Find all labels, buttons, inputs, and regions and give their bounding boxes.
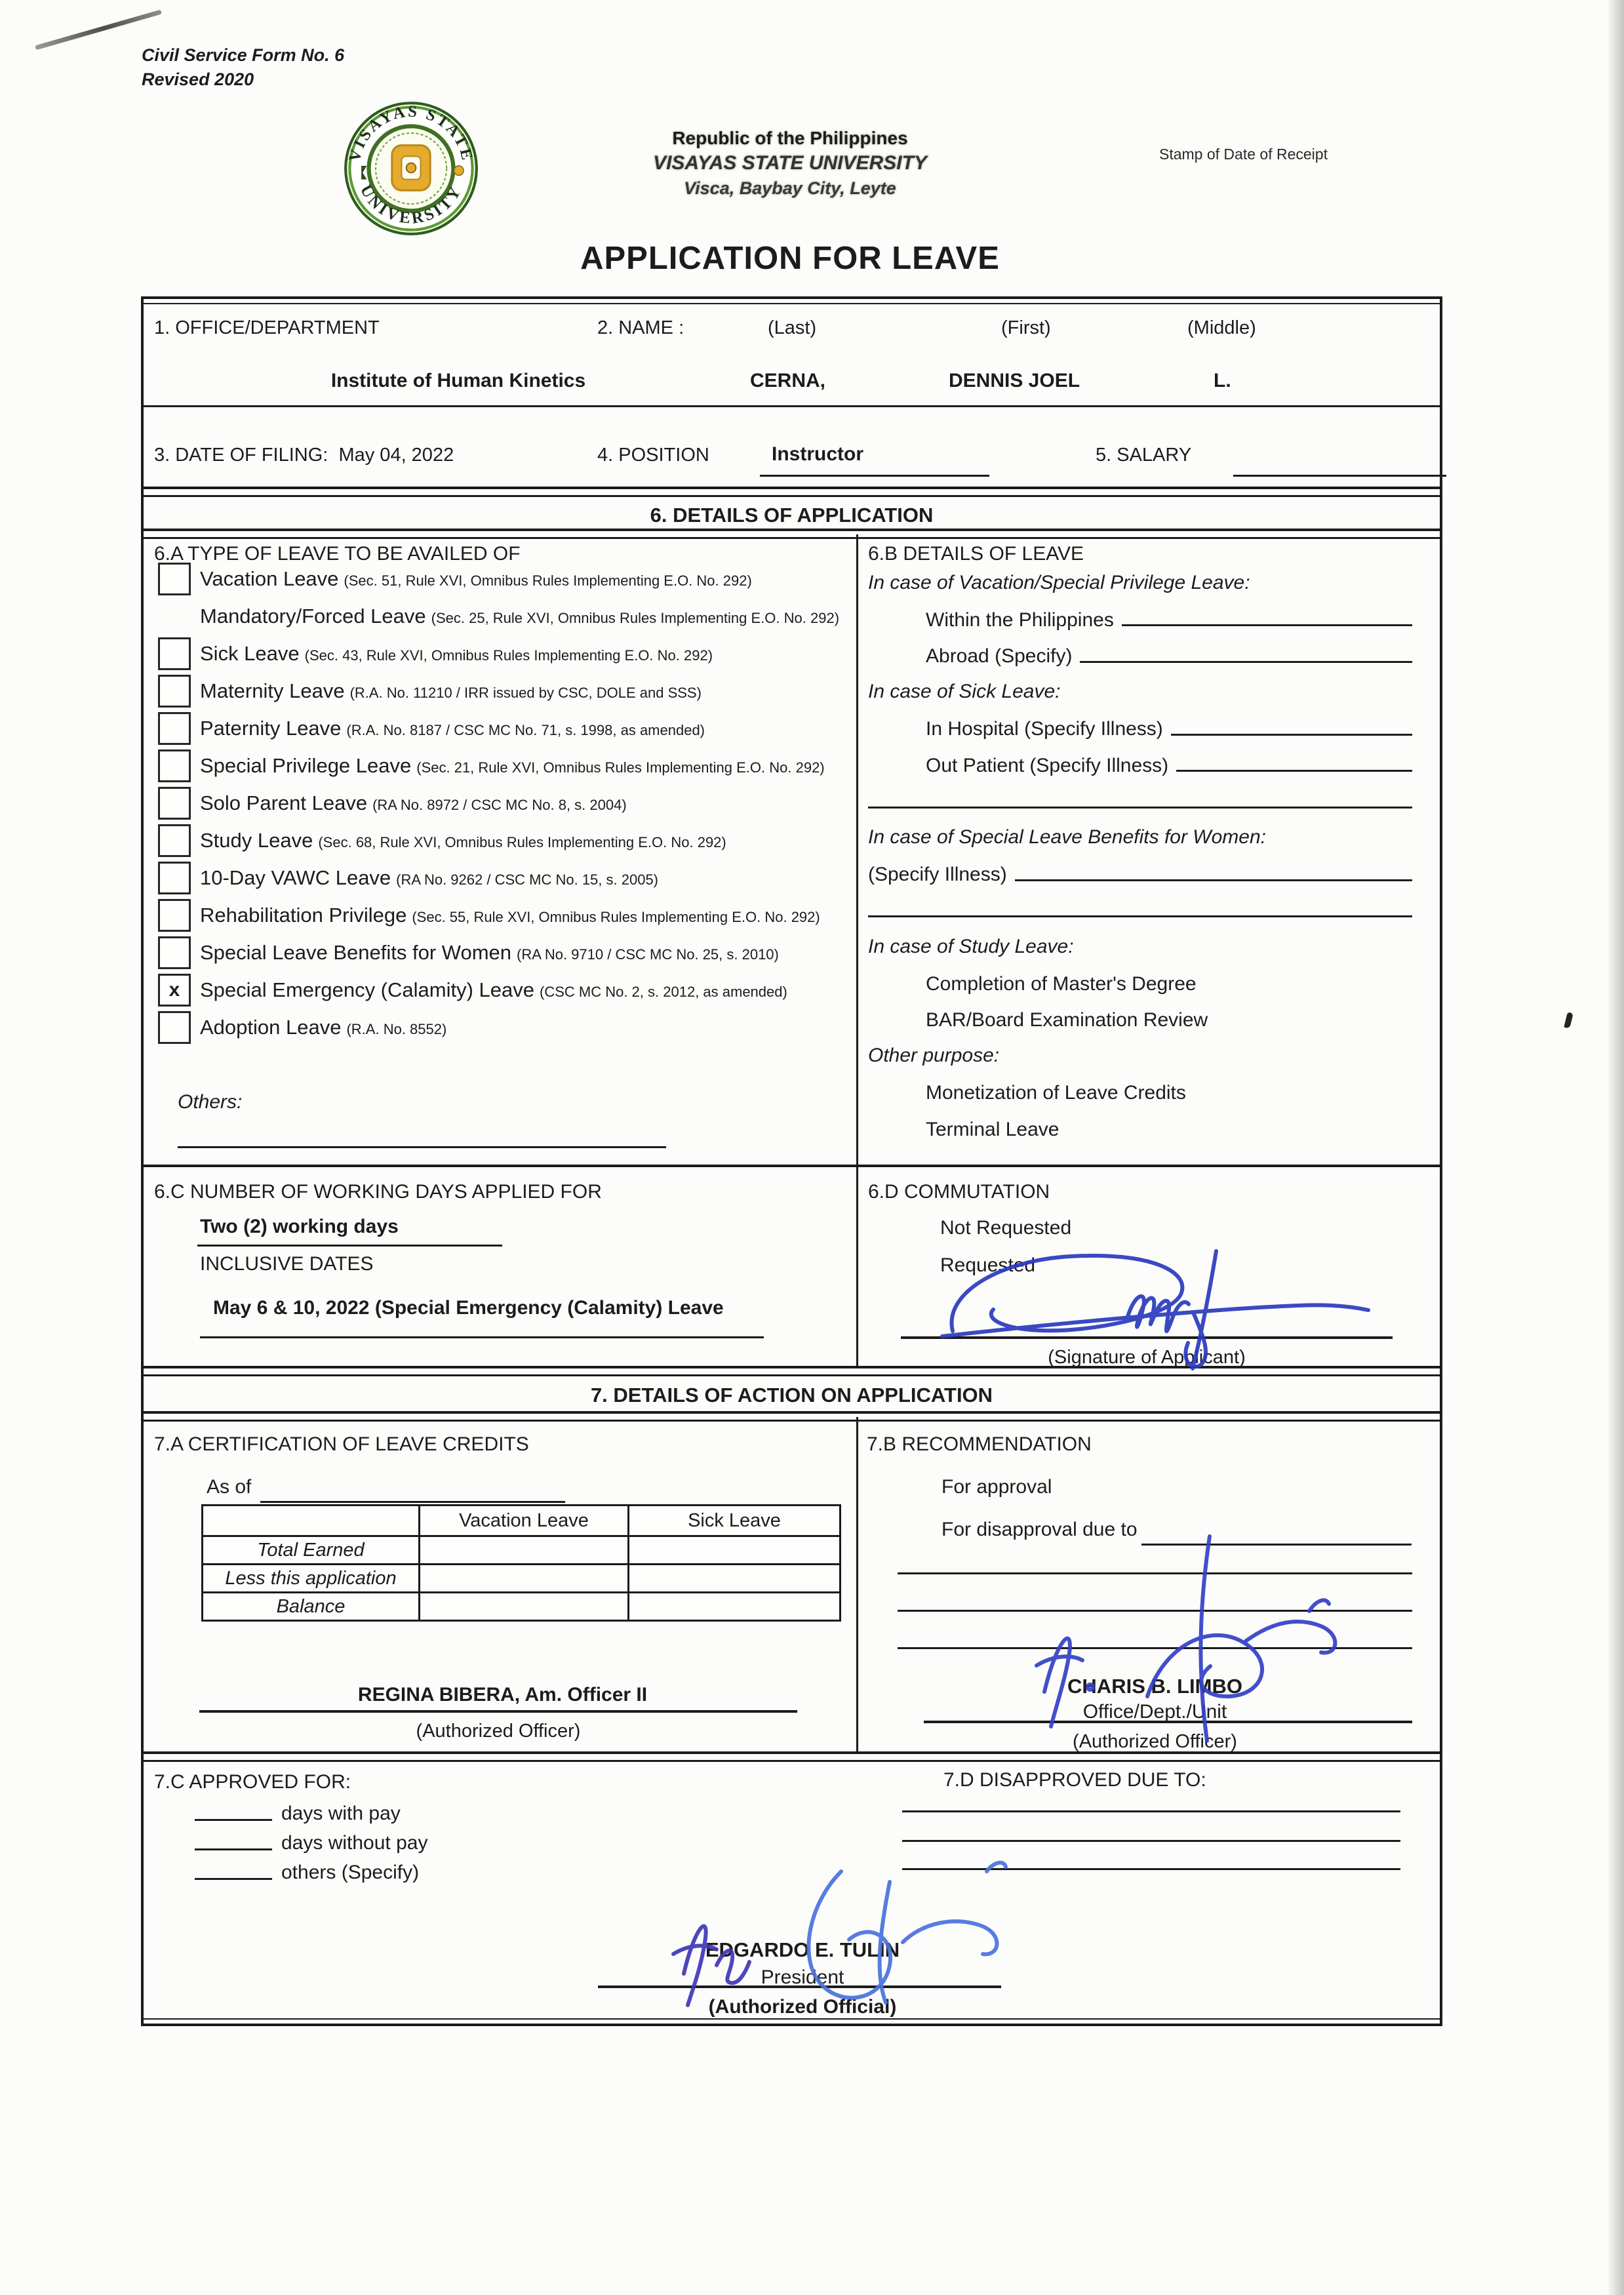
first-name-value: DENNIS JOEL bbox=[949, 370, 1080, 392]
leave-type-row: Paternity Leave(R.A. No. 8187 / CSC MC N… bbox=[158, 709, 850, 747]
6b-row: Abroad (Specify) bbox=[868, 634, 1414, 671]
scanned-leave-form-page: Civil Service Form No. 6 Revised 2020 VI… bbox=[0, 0, 1624, 2295]
leave-type-text: Sick Leave(Sec. 43, Rule XVI, Omnibus Ru… bbox=[200, 642, 713, 666]
6b-row: Monetization of Leave Credits bbox=[868, 1071, 1414, 1108]
leave-type-label: Solo Parent Leave bbox=[200, 791, 367, 814]
checkbox[interactable] bbox=[158, 637, 191, 670]
6b-row: BAR/Board Examination Review bbox=[868, 998, 1414, 1035]
office-department-label: 1. OFFICE/DEPARTMENT bbox=[154, 317, 380, 339]
approved-for-label: days without pay bbox=[281, 1832, 427, 1854]
table-row-label: Total Earned bbox=[203, 1536, 420, 1565]
6b-heading: Other purpose: bbox=[868, 1045, 999, 1067]
date-of-filing: 3. DATE OF FILING: May 04, 2022 bbox=[154, 445, 454, 466]
6b-field-label: Completion of Master's Degree bbox=[926, 974, 1197, 995]
position-blank-line bbox=[760, 475, 989, 477]
date-of-filing-value: May 04, 2022 bbox=[338, 445, 454, 466]
letterhead-address: Visca, Baybay City, Leyte bbox=[564, 176, 1016, 201]
approved-for-blank bbox=[195, 1829, 272, 1850]
divider bbox=[144, 2018, 1440, 2020]
leave-type-reference: (R.A. No. 8552) bbox=[346, 1021, 446, 1037]
form-number: Civil Service Form No. 6 bbox=[142, 43, 344, 68]
certifying-officer-line bbox=[199, 1710, 797, 1713]
inclusive-dates-value: May 6 & 10, 2022 (Special Emergency (Cal… bbox=[213, 1297, 724, 1319]
middle-name-label: (Middle) bbox=[1187, 317, 1256, 339]
leave-type-reference: (Sec. 25, Rule XVI, Omnibus Rules Implem… bbox=[431, 610, 839, 626]
leave-type-label: Maternity Leave bbox=[200, 679, 345, 702]
leave-type-reference: (Sec. 21, Rule XVI, Omnibus Rules Implem… bbox=[416, 759, 824, 776]
leave-type-text: Mandatory/Forced Leave(Sec. 25, Rule XVI… bbox=[200, 605, 839, 628]
name-label: 2. NAME : bbox=[597, 317, 684, 339]
blank-line bbox=[868, 807, 1412, 808]
leave-type-label: Special Emergency (Calamity) Leave bbox=[200, 978, 534, 1001]
leave-type-label: Paternity Leave bbox=[200, 717, 341, 740]
certifying-officer-name: REGINA BIBERA, Am. Officer II bbox=[199, 1684, 806, 1706]
last-name-value: CERNA, bbox=[750, 370, 825, 392]
leave-type-label: Sick Leave bbox=[200, 642, 300, 665]
checkbox[interactable] bbox=[158, 675, 191, 708]
section-7a-title: 7.A CERTIFICATION OF LEAVE CREDITS bbox=[154, 1433, 529, 1456]
blank-line bbox=[898, 1572, 1412, 1574]
6b-heading: In case of Sick Leave: bbox=[868, 681, 1061, 703]
leave-type-reference: (R.A. No. 11210 / IRR issued by CSC, DOL… bbox=[350, 685, 702, 701]
form-revision: Revised 2020 bbox=[142, 68, 344, 92]
leave-type-text: Special Emergency (Calamity) Leave(CSC M… bbox=[200, 978, 787, 1002]
leave-type-row: 10-Day VAWC Leave(RA No. 9262 / CSC MC N… bbox=[158, 859, 850, 896]
6b-row: In case of Vacation/Special Privilege Le… bbox=[868, 561, 1414, 598]
6b-row: Terminal Leave bbox=[868, 1108, 1414, 1144]
6b-heading: In case of Vacation/Special Privilege Le… bbox=[868, 572, 1250, 594]
field-blank-line bbox=[1122, 624, 1412, 626]
inclusive-dates-underline bbox=[200, 1336, 764, 1338]
divider bbox=[144, 1165, 1440, 1167]
leave-type-row: Special Leave Benefits for Women(RA No. … bbox=[158, 934, 850, 971]
6b-heading: In case of Special Leave Benefits for Wo… bbox=[868, 826, 1266, 848]
form-number-block: Civil Service Form No. 6 Revised 2020 bbox=[142, 43, 344, 92]
checkbox-checked[interactable]: x bbox=[158, 974, 191, 1007]
checkbox[interactable] bbox=[158, 563, 191, 595]
leave-type-label: Mandatory/Forced Leave bbox=[200, 605, 426, 628]
leave-type-text: Paternity Leave(R.A. No. 8187 / CSC MC N… bbox=[200, 717, 705, 740]
6b-row: In case of Sick Leave: bbox=[868, 671, 1414, 708]
table-header-row: Vacation LeaveSick Leave bbox=[203, 1506, 841, 1536]
checkbox[interactable] bbox=[158, 936, 191, 969]
blank-line bbox=[898, 1647, 1412, 1649]
6b-field-label: Abroad (Specify) bbox=[926, 646, 1072, 667]
section-6c-title: 6.C NUMBER OF WORKING DAYS APPLIED FOR bbox=[154, 1181, 602, 1203]
working-days-value: Two (2) working days bbox=[200, 1216, 399, 1238]
salary-blank-line bbox=[1233, 475, 1446, 477]
approved-for-row: days without pay bbox=[195, 1829, 427, 1854]
others-blank-line bbox=[178, 1146, 666, 1148]
approved-for-row: days with pay bbox=[195, 1799, 401, 1824]
leave-type-row: Sick Leave(Sec. 43, Rule XVI, Omnibus Ru… bbox=[158, 635, 850, 672]
leave-type-text: Special Leave Benefits for Women(RA No. … bbox=[200, 941, 779, 965]
blank-line bbox=[898, 1610, 1412, 1612]
letterhead-republic: Republic of the Philippines bbox=[564, 126, 1016, 151]
6b-field-label: (Specify Illness) bbox=[868, 864, 1007, 885]
for-approval-label: For approval bbox=[941, 1476, 1052, 1498]
table-empty-cell bbox=[420, 1565, 629, 1593]
leave-type-row: Rehabilitation Privilege(Sec. 55, Rule X… bbox=[158, 896, 850, 934]
6b-field-label: BAR/Board Examination Review bbox=[926, 1010, 1208, 1031]
approving-official-name: EDGARDO E. TULIN bbox=[596, 1938, 1009, 1962]
table-header-cell: Vacation Leave bbox=[420, 1506, 629, 1536]
divider bbox=[144, 303, 1440, 304]
6b-field-label: In Hospital (Specify Illness) bbox=[926, 719, 1163, 740]
leave-type-row: Solo Parent Leave(RA No. 8972 / CSC MC N… bbox=[158, 784, 850, 822]
as-of-label: As of bbox=[207, 1476, 251, 1498]
table-row-label: Balance bbox=[203, 1593, 420, 1621]
section-7d-title: 7.D DISAPPROVED DUE TO: bbox=[943, 1769, 1206, 1791]
field-blank-line bbox=[1171, 734, 1412, 736]
page-title: APPLICATION FOR LEAVE bbox=[561, 240, 1020, 277]
disapproved-blank-line bbox=[902, 1810, 1400, 1812]
divider bbox=[144, 1751, 1440, 1762]
approved-for-blank bbox=[195, 1799, 272, 1821]
divider bbox=[144, 487, 1440, 497]
leave-type-reference: (R.A. No. 8187 / CSC MC No. 71, s. 1998,… bbox=[346, 722, 705, 738]
checkbox[interactable] bbox=[158, 824, 191, 857]
leave-type-label: Rehabilitation Privilege bbox=[200, 904, 406, 927]
leave-type-text: Adoption Leave(R.A. No. 8552) bbox=[200, 1016, 446, 1039]
leave-type-label: Study Leave bbox=[200, 829, 313, 852]
divider bbox=[144, 529, 1440, 539]
leave-type-reference: (RA No. 8972 / CSC MC No. 8, s. 2004) bbox=[372, 797, 627, 813]
checkbox[interactable] bbox=[158, 899, 191, 932]
leave-type-row: xSpecial Emergency (Calamity) Leave(CSC … bbox=[158, 971, 850, 1008]
form-box: 1. OFFICE/DEPARTMENT 2. NAME : (Last) (F… bbox=[141, 296, 1442, 2026]
leave-type-label: Vacation Leave bbox=[200, 567, 338, 590]
leave-type-text: Study Leave(Sec. 68, Rule XVI, Omnibus R… bbox=[200, 829, 726, 852]
6b-heading: In case of Study Leave: bbox=[868, 936, 1074, 958]
salary-label: 5. SALARY bbox=[1096, 445, 1191, 466]
checkbox[interactable] bbox=[158, 862, 191, 894]
first-name-label: (First) bbox=[1001, 317, 1051, 339]
office-department-value: Institute of Human Kinetics bbox=[248, 370, 668, 392]
section-6-title: 6. DETAILS OF APPLICATION bbox=[144, 504, 1440, 527]
6b-row: In case of Study Leave: bbox=[868, 925, 1414, 962]
table-header-cell bbox=[203, 1506, 420, 1536]
checkbox[interactable] bbox=[158, 787, 191, 820]
table-row: Less this application bbox=[203, 1565, 841, 1593]
checkbox[interactable] bbox=[158, 712, 191, 745]
6b-row bbox=[868, 780, 1414, 816]
as-of-blank-line bbox=[260, 1501, 565, 1503]
leave-type-reference: (Sec. 51, Rule XVI, Omnibus Rules Implem… bbox=[344, 572, 751, 589]
details-of-leave-list: In case of Vacation/Special Privilege Le… bbox=[868, 561, 1414, 1144]
6b-row: In case of Special Leave Benefits for Wo… bbox=[868, 816, 1414, 853]
middle-name-value: L. bbox=[1214, 370, 1231, 392]
letterhead: Republic of the Philippines VISAYAS STAT… bbox=[564, 126, 1016, 201]
6b-row: Completion of Master's Degree bbox=[868, 962, 1414, 999]
leave-type-row: Maternity Leave(R.A. No. 11210 / IRR iss… bbox=[158, 672, 850, 709]
table-row: Total Earned bbox=[203, 1536, 841, 1565]
leave-type-text: Rehabilitation Privilege(Sec. 55, Rule X… bbox=[200, 904, 820, 927]
table-empty-cell bbox=[420, 1593, 629, 1621]
approving-official-line bbox=[598, 1986, 1001, 1988]
leave-type-reference: (RA No. 9262 / CSC MC No. 15, s. 2005) bbox=[396, 871, 658, 888]
scan-stray-mark bbox=[1564, 1012, 1574, 1028]
date-of-filing-label: 3. DATE OF FILING: bbox=[154, 445, 328, 466]
leave-credits-table: Vacation LeaveSick LeaveTotal EarnedLess… bbox=[201, 1504, 841, 1622]
leave-type-row: Study Leave(Sec. 68, Rule XVI, Omnibus R… bbox=[158, 822, 850, 859]
6b-field-label: Out Patient (Specify Illness) bbox=[926, 755, 1168, 776]
6b-field-label: Within the Philippines bbox=[926, 610, 1114, 631]
applicant-signature-line bbox=[901, 1336, 1393, 1339]
section-6d-title: 6.D COMMUTATION bbox=[868, 1181, 1050, 1203]
section-7c-title: 7.C APPROVED FOR: bbox=[154, 1771, 351, 1793]
certifying-officer-caption: (Authorized Officer) bbox=[199, 1721, 797, 1742]
field-blank-line bbox=[1176, 770, 1412, 772]
column-divider bbox=[856, 534, 858, 1366]
checkbox[interactable] bbox=[158, 749, 191, 782]
divider bbox=[144, 405, 1440, 407]
approved-for-label: others (Specify) bbox=[281, 1862, 419, 1883]
inclusive-dates-label: INCLUSIVE DATES bbox=[200, 1253, 374, 1275]
for-disapproval-label: For disapproval due to bbox=[941, 1519, 1138, 1541]
commutation-requested: Requested bbox=[940, 1254, 1035, 1277]
leave-type-text: Maternity Leave(R.A. No. 11210 / IRR iss… bbox=[200, 679, 702, 703]
leave-type-row: Mandatory/Forced Leave(Sec. 25, Rule XVI… bbox=[158, 597, 850, 635]
disapproved-blank-line bbox=[902, 1868, 1400, 1870]
letterhead-university: VISAYAS STATE UNIVERSITY bbox=[564, 151, 1016, 176]
table-empty-cell bbox=[629, 1565, 841, 1593]
leave-type-row: Adoption Leave(R.A. No. 8552) bbox=[158, 1008, 850, 1046]
leave-type-list: Vacation Leave(Sec. 51, Rule XVI, Omnibu… bbox=[158, 560, 850, 1046]
leave-type-reference: (Sec. 55, Rule XVI, Omnibus Rules Implem… bbox=[412, 909, 820, 925]
approving-official-caption: (Authorized Official) bbox=[596, 1996, 1009, 2018]
leave-type-label: 10-Day VAWC Leave bbox=[200, 866, 391, 889]
column-divider bbox=[856, 1417, 858, 1751]
disapproval-blank-line bbox=[1141, 1544, 1412, 1546]
6b-row: (Specify Illness) bbox=[868, 852, 1414, 889]
leave-type-label: Special Leave Benefits for Women bbox=[200, 941, 511, 964]
leave-type-label: Adoption Leave bbox=[200, 1016, 341, 1039]
6b-row: In Hospital (Specify Illness) bbox=[868, 707, 1414, 744]
table-empty-cell bbox=[420, 1536, 629, 1565]
6b-field-label: Terminal Leave bbox=[926, 1119, 1059, 1140]
leave-type-text: Vacation Leave(Sec. 51, Rule XVI, Omnibu… bbox=[200, 567, 752, 591]
leave-type-reference: (RA No. 9710 / CSC MC No. 25, s. 2010) bbox=[517, 946, 779, 963]
6b-row: Other purpose: bbox=[868, 1035, 1414, 1071]
disapproved-blank-line bbox=[902, 1840, 1400, 1842]
others-label: Others: bbox=[178, 1091, 242, 1113]
leave-type-row: Special Privilege Leave(Sec. 21, Rule XV… bbox=[158, 747, 850, 784]
commutation-not-requested: Not Requested bbox=[940, 1217, 1071, 1239]
leave-type-row: Vacation Leave(Sec. 51, Rule XVI, Omnibu… bbox=[158, 560, 850, 597]
table-empty-cell bbox=[629, 1593, 841, 1621]
approved-for-blank bbox=[195, 1858, 272, 1880]
field-blank-line bbox=[1015, 879, 1412, 881]
recommending-officer-line bbox=[924, 1721, 1412, 1723]
field-blank-line bbox=[1080, 661, 1412, 663]
position-label: 4. POSITION bbox=[597, 445, 709, 466]
section-7-title: 7. DETAILS OF ACTION ON APPLICATION bbox=[144, 1384, 1440, 1407]
table-row-label: Less this application bbox=[203, 1565, 420, 1593]
working-days-underline bbox=[197, 1245, 502, 1247]
last-name-label: (Last) bbox=[768, 317, 816, 339]
6b-field-label: Monetization of Leave Credits bbox=[926, 1083, 1186, 1104]
leave-type-text: Special Privilege Leave(Sec. 21, Rule XV… bbox=[200, 754, 825, 778]
divider bbox=[144, 1366, 1440, 1376]
leave-type-text: 10-Day VAWC Leave(RA No. 9262 / CSC MC N… bbox=[200, 866, 658, 890]
section-7b-title: 7.B RECOMMENDATION bbox=[867, 1433, 1092, 1456]
leave-type-label: Special Privilege Leave bbox=[200, 754, 411, 777]
table-row: Balance bbox=[203, 1593, 841, 1621]
6b-row: Within the Philippines bbox=[868, 598, 1414, 635]
leave-type-reference: (Sec. 68, Rule XVI, Omnibus Rules Implem… bbox=[318, 834, 726, 850]
6b-row: Out Patient (Specify Illness) bbox=[868, 744, 1414, 780]
blank-line bbox=[868, 915, 1412, 917]
university-seal-logo: VISAYAS STATE UNIVERSITY bbox=[343, 100, 479, 237]
checkbox[interactable] bbox=[158, 1011, 191, 1044]
table-empty-cell bbox=[629, 1536, 841, 1565]
leave-type-text: Solo Parent Leave(RA No. 8972 / CSC MC N… bbox=[200, 791, 627, 815]
approved-for-row: others (Specify) bbox=[195, 1858, 419, 1883]
stamp-of-date-of-receipt-label: Stamp of Date of Receipt bbox=[1159, 146, 1328, 163]
recommending-officer-unit: Office/Dept./Unit bbox=[898, 1701, 1412, 1723]
recommending-officer-name: CHARIS B. LIMBO bbox=[898, 1675, 1412, 1698]
approved-for-label: days with pay bbox=[281, 1803, 401, 1824]
leave-type-reference: (Sec. 43, Rule XVI, Omnibus Rules Implem… bbox=[305, 647, 713, 664]
recommending-officer-caption: (Authorized Officer) bbox=[898, 1731, 1412, 1753]
divider bbox=[144, 1411, 1440, 1422]
6b-row bbox=[868, 889, 1414, 926]
leave-type-reference: (CSC MC No. 2, s. 2012, as amended) bbox=[540, 984, 787, 1000]
table-header-cell: Sick Leave bbox=[629, 1506, 841, 1536]
position-value: Instructor bbox=[772, 443, 863, 466]
